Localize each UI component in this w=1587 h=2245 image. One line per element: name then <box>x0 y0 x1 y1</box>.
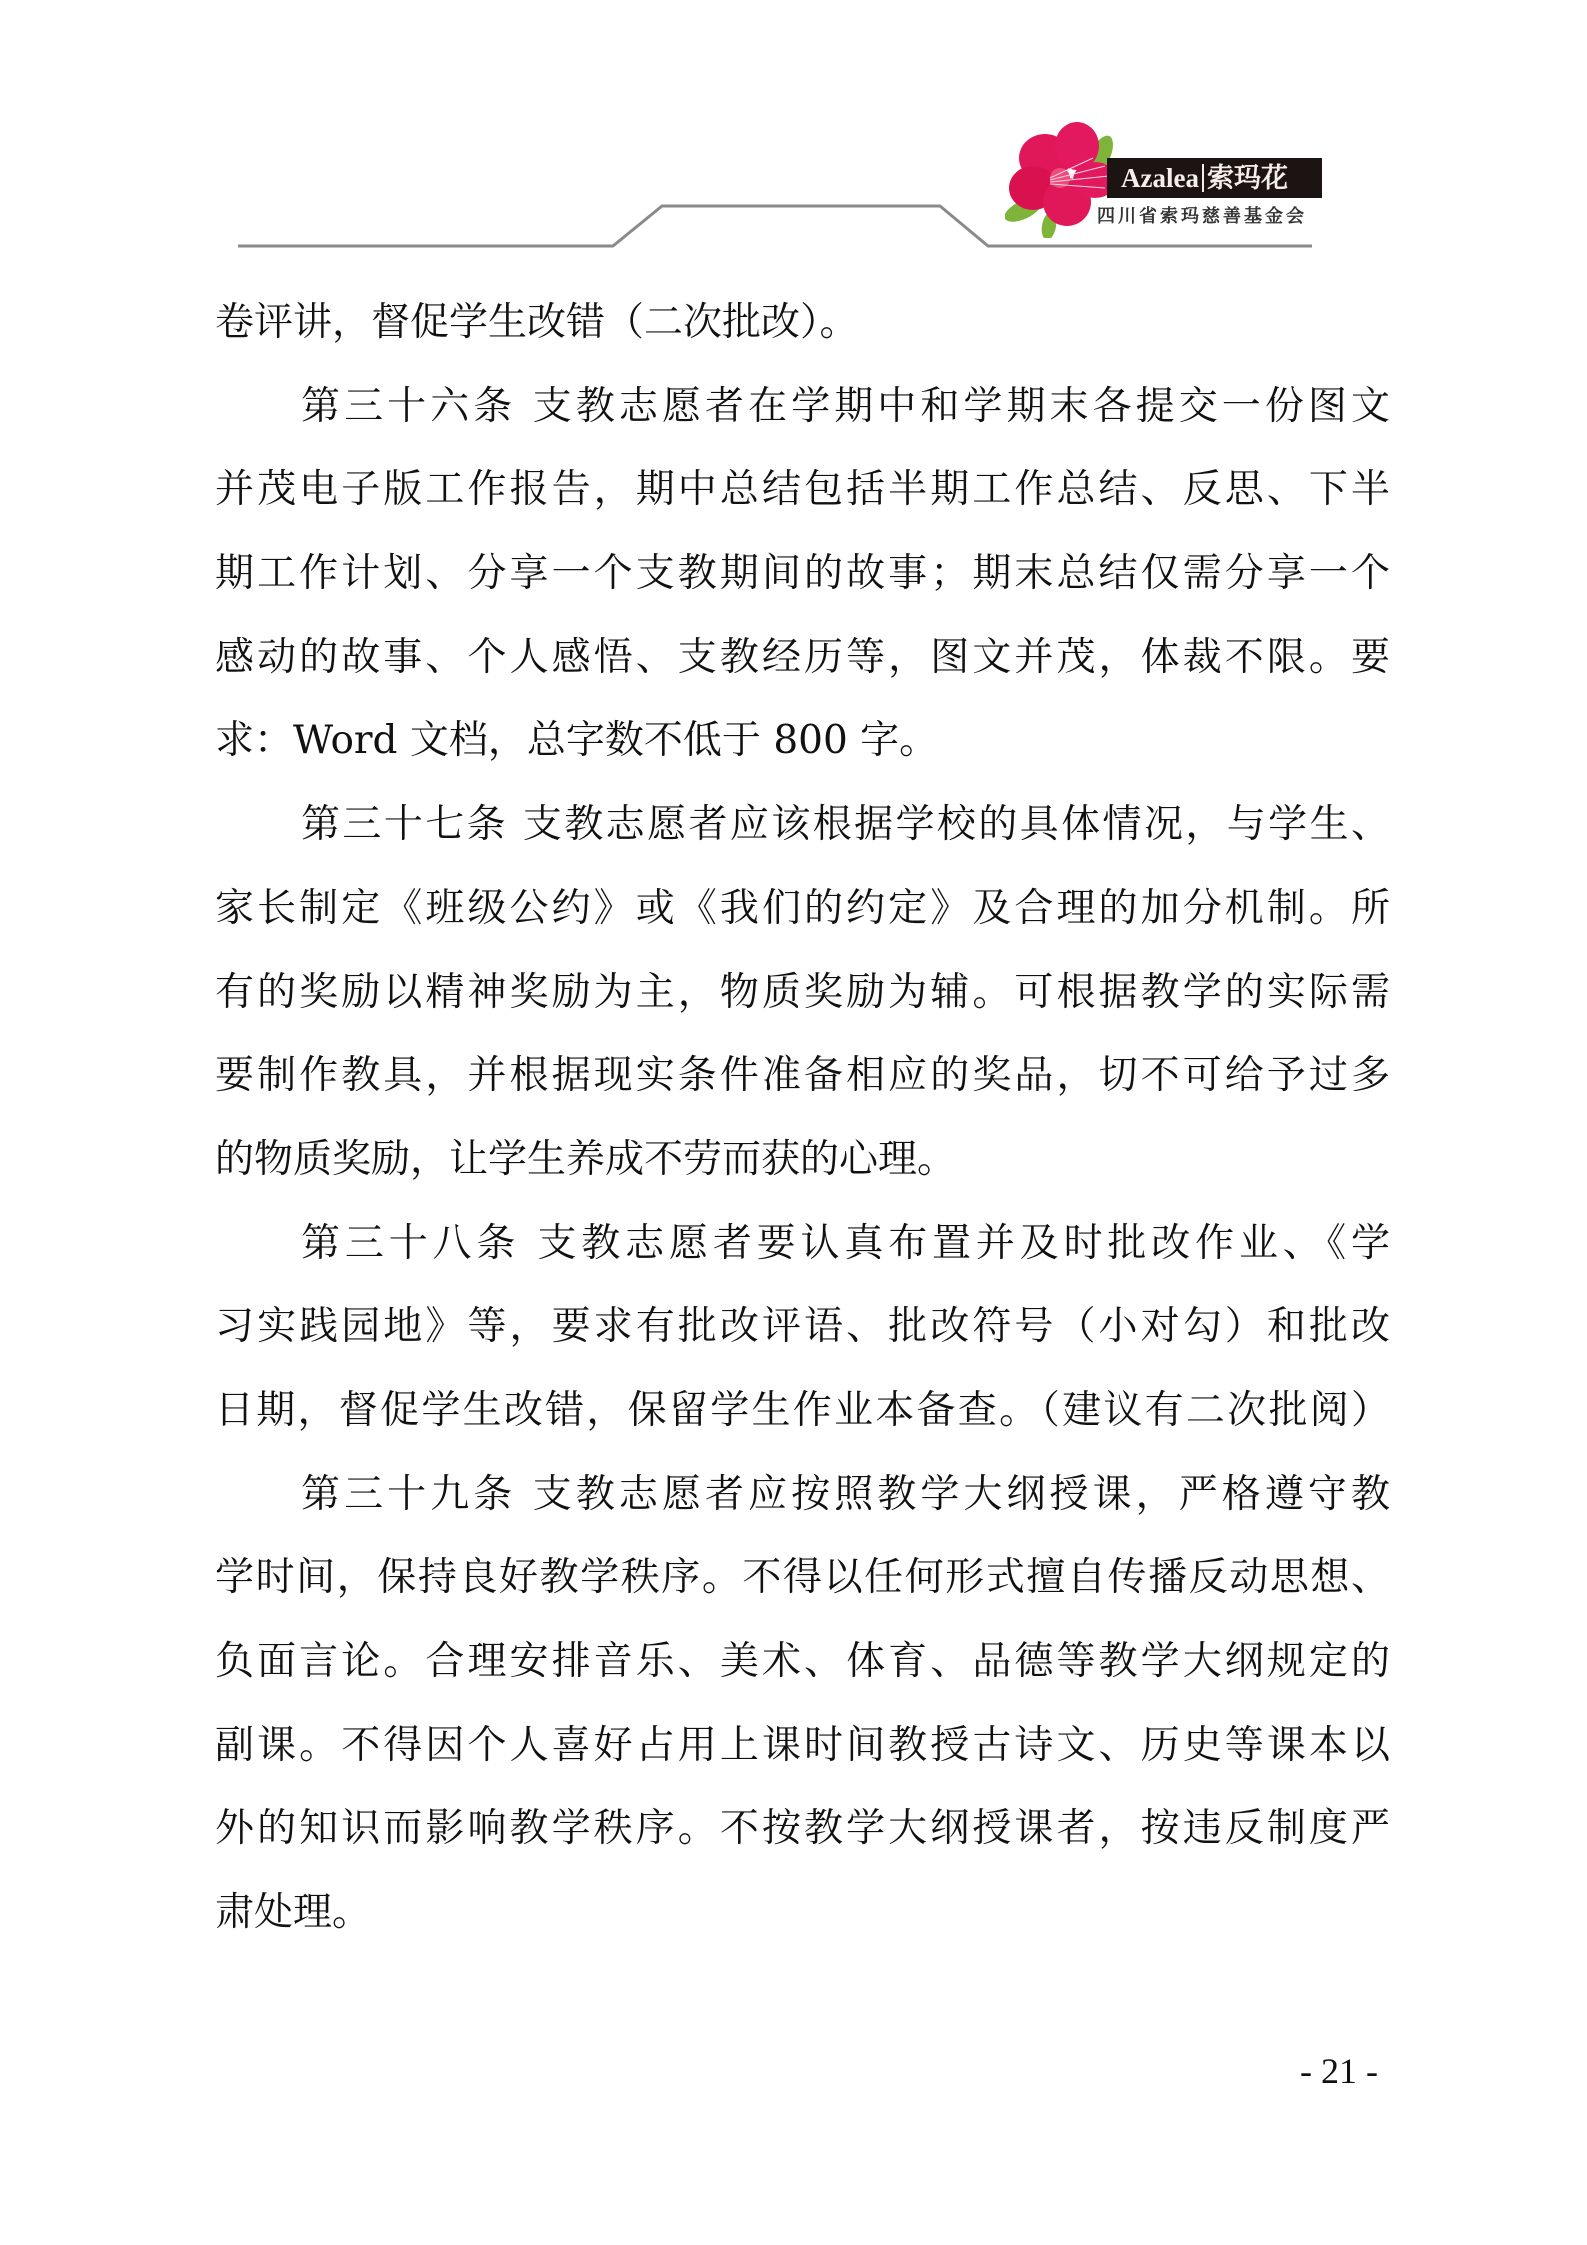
text-line: 要制作教具，并根据现实条件准备相应的奖品，切不可给予过多 <box>215 1048 1390 1132</box>
text-line: 副课。不得因个人喜好占用上课时间教授古诗文、历史等课本以 <box>215 1718 1390 1802</box>
text-line: 的物质奖励，让学生养成不劳而获的心理。 <box>215 1132 1390 1216</box>
text-line: 学时间，保持良好教学秩序。不得以任何形式擅自传播反动思想、 <box>215 1550 1390 1634</box>
text-line: 肃处理。 <box>215 1885 1390 1969</box>
article-heading-line: 第三十七条 支教志愿者应该根据学校的具体情况，与学生、 <box>215 797 1390 881</box>
text-line: 负面言论。合理安排音乐、美术、体育、品德等教学大纲规定的 <box>215 1634 1390 1718</box>
text-line: 期工作计划、分享一个支教期间的故事；期末总结仅需分享一个 <box>215 546 1390 630</box>
text-line: 求：Word 文档，总字数不低于 800 字。 <box>215 713 1390 797</box>
text-line: 并茂电子版工作报告，期中总结包括半期工作总结、反思、下半 <box>215 462 1390 546</box>
logo-brand-en: Azalea <box>1121 163 1199 193</box>
text-line: 有的奖励以精神奖励为主，物质奖励为辅。可根据教学的实际需 <box>215 965 1390 1049</box>
foundation-logo: Azalea索玛花 四川省索玛慈善基金会 <box>1005 118 1325 243</box>
article-heading-line: 第三十六条 支教志愿者在学期中和学期末各提交一份图文 <box>215 379 1390 463</box>
document-body: 卷评讲，督促学生改错（二次批改）。第三十六条 支教志愿者在学期中和学期末各提交一… <box>215 295 1390 1969</box>
text-line: 外的知识而影响教学秩序。不按教学大纲授课者，按违反制度严 <box>215 1801 1390 1885</box>
text-line: 家长制定《班级公约》或《我们的约定》及合理的加分机制。所 <box>215 881 1390 965</box>
page-number: - 21 - <box>1300 2050 1378 2092</box>
header-rule <box>0 0 1587 260</box>
article-heading-line: 第三十九条 支教志愿者应按照教学大纲授课，严格遵守教 <box>215 1467 1390 1551</box>
text-line: 卷评讲，督促学生改错（二次批改）。 <box>215 295 1390 379</box>
text-line: 感动的故事、个人感悟、支教经历等，图文并茂，体裁不限。要 <box>215 630 1390 714</box>
text-line: 日期，督促学生改错，保留学生作业本备查。（建议有二次批阅） <box>215 1383 1390 1467</box>
logo-organization-name: 四川省索玛慈善基金会 <box>1097 202 1319 228</box>
logo-separator <box>1202 164 1204 192</box>
text-line: 习实践园地》等，要求有批改评语、批改符号（小对勾）和批改 <box>215 1299 1390 1383</box>
logo-brand-cn: 索玛花 <box>1207 163 1288 193</box>
logo-brand-bar: Azalea索玛花 <box>1107 158 1322 198</box>
article-heading-line: 第三十八条 支教志愿者要认真布置并及时批改作业、《学 <box>215 1216 1390 1300</box>
